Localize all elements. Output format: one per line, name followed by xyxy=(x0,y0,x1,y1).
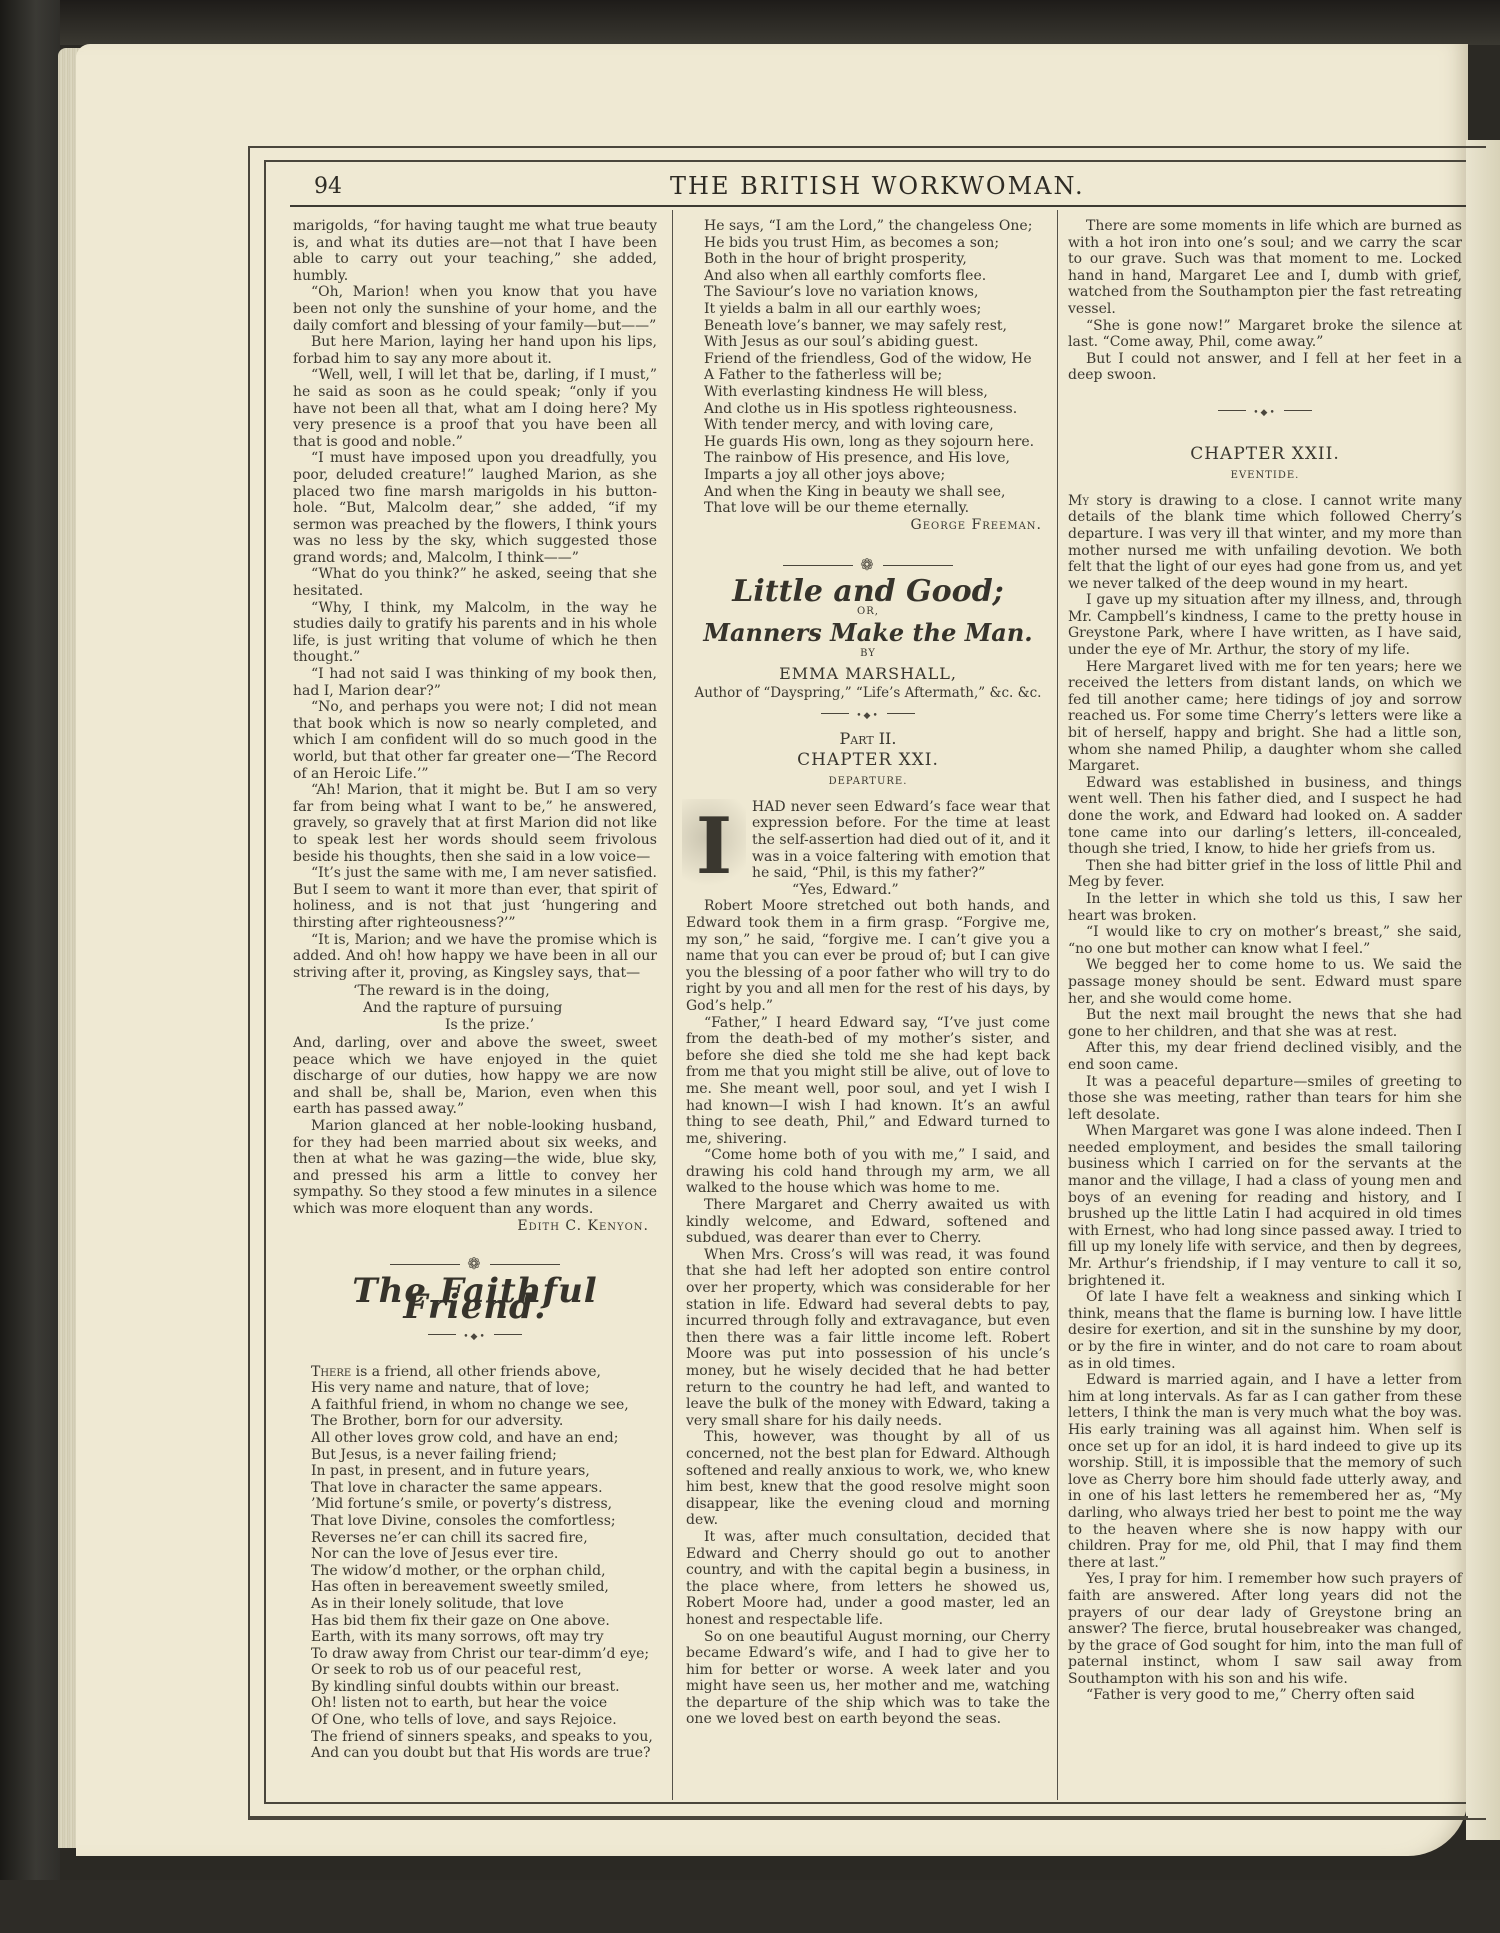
poem-line: And clothe us in His spotless righteousn… xyxy=(704,401,1050,418)
story-paragraph: In the letter in which she told us this,… xyxy=(1068,891,1462,924)
poem-line: The friend of sinners speaks, and speaks… xyxy=(311,1729,657,1746)
story-paragraph: When Margaret was gone I was alone indee… xyxy=(1068,1123,1462,1289)
story-paragraph: Yes, I pray for him. I remember how such… xyxy=(1068,1571,1462,1687)
chapter-opening: I HAD never seen Edward’s face wear that… xyxy=(686,799,1050,899)
serial-author-credits: Author of “Dayspring,” “Life’s Aftermath… xyxy=(686,685,1050,702)
poem-author-signature: George Freeman. xyxy=(686,517,1050,534)
poem-line: A faithful friend, in whom no change we … xyxy=(311,1397,657,1414)
poem-line: And also when all earthly comforts flee. xyxy=(704,268,1050,285)
story-paragraph: Of late I have felt a weakness and sinki… xyxy=(1068,1289,1462,1372)
story-paragraph: “She is gone now!” Margaret broke the si… xyxy=(1068,318,1462,351)
story-paragraph: This, however, was thought by all of us … xyxy=(686,1429,1050,1529)
serial-title: Little and Good; xyxy=(686,584,1050,601)
story-paragraph: “I must have imposed upon you dreadfully… xyxy=(293,450,657,566)
chapter-heading: CHAPTER XXI. xyxy=(686,752,1050,769)
poem-continued: He says, “I am the Lord,” the changeless… xyxy=(686,218,1050,517)
poem-first-word: There xyxy=(311,1364,351,1380)
footer-rule-outer xyxy=(248,1816,1468,1818)
serial-subtitle: Manners Make the Man. xyxy=(686,625,1050,642)
story-author-signature: Edith C. Kenyon. xyxy=(293,1218,657,1235)
column-3: There are some moments in life which are… xyxy=(1068,218,1462,1704)
poem-line: All other loves grow cold, and have an e… xyxy=(311,1430,657,1447)
story-paragraph: “Ah! Marion, that it might be. But I am … xyxy=(293,782,657,865)
poem-line: By kindling sinful doubts within our bre… xyxy=(311,1679,657,1696)
poem-faithful-friend: There is a friend, all other friends abo… xyxy=(293,1364,657,1762)
story-paragraph: “No, and perhaps you were not; I did not… xyxy=(293,699,657,782)
chapter-title: EVENTIDE. xyxy=(1068,468,1462,485)
story-paragraph: It was, after much consultation, decided… xyxy=(686,1529,1050,1629)
story-paragraph: Edward is married again, and I have a le… xyxy=(1068,1372,1462,1571)
story-paragraph: But here Marion, laying her hand upon hi… xyxy=(293,334,657,367)
poem-line: To draw away from Christ our tear-dimm’d… xyxy=(311,1646,657,1663)
column-2: He says, “I am the Lord,” the changeless… xyxy=(686,218,1050,1728)
quote-line: Is the prize.’ xyxy=(353,1017,657,1034)
poem-line: His very name and nature, that of love; xyxy=(311,1380,657,1397)
column-divider-2 xyxy=(1057,210,1058,1800)
first-word: My xyxy=(1068,493,1089,509)
story-paragraph: But I could not answer, and I fell at he… xyxy=(1068,351,1462,384)
ornament-dot-icon: •◆• xyxy=(1253,408,1277,418)
story-paragraph: “I had not said I was thinking of my boo… xyxy=(293,666,657,699)
poem-line: He says, “I am the Lord,” the changeless… xyxy=(704,218,1050,235)
poem-line: With everlasting kindness He will bless, xyxy=(704,384,1050,401)
poem-line: A Father to the fatherless will be; xyxy=(704,367,1050,384)
story-paragraph: There are some moments in life which are… xyxy=(1068,218,1462,318)
serial-by: BY xyxy=(686,646,1050,663)
poem-title: The Faithful Friend. xyxy=(293,1283,657,1316)
header-rule xyxy=(290,205,1466,207)
small-ornament: •◆• xyxy=(686,705,1050,725)
story-paragraph: “Well, well, I will let that be, darling… xyxy=(293,367,657,450)
poem-line: Imparts a joy all other joys above; xyxy=(704,467,1050,484)
story-paragraph: marigolds, “for having taught me what tr… xyxy=(293,218,657,284)
poem-line: And when the King in beauty we shall see… xyxy=(704,484,1050,501)
poem-line: And can you doubt but that His words are… xyxy=(311,1745,657,1762)
kingsley-quote: ‘The reward is in the doing, And the rap… xyxy=(353,983,657,1033)
poem-line: Both in the hour of bright prosperity, xyxy=(704,251,1050,268)
story-paragraph: “Why, I think, my Malcolm, in the way he… xyxy=(293,600,657,666)
story-paragraph: “It is, Marion; and we have the promise … xyxy=(293,932,657,982)
poem-line: That love will be our theme eternally. xyxy=(704,500,1050,517)
poem-line: With tender mercy, and with loving care, xyxy=(704,417,1050,434)
story-paragraph: But the next mail brought the news that … xyxy=(1068,1007,1462,1040)
poem-line: There is a friend, all other friends abo… xyxy=(311,1364,657,1381)
story-paragraph: So on one beautiful August morning, our … xyxy=(686,1629,1050,1729)
ornament-dot-icon: •◆• xyxy=(463,1332,487,1342)
story-paragraph: It was a peaceful departure—smiles of gr… xyxy=(1068,1074,1462,1124)
serial-author: EMMA MARSHALL, xyxy=(686,666,1050,683)
story-paragraph: “It’s just the same with me, I am never … xyxy=(293,865,657,931)
story-paragraph: I gave up my situation after my illness,… xyxy=(1068,592,1462,658)
chapter-heading: CHAPTER XXII. xyxy=(1068,446,1462,463)
chapter-title: DEPARTURE. xyxy=(686,774,1050,791)
story-paragraph: We begged her to come home to us. We sai… xyxy=(1068,957,1462,1007)
poem-line: Or seek to rob us of our peaceful rest, xyxy=(311,1662,657,1679)
small-ornament: •◆• xyxy=(1068,402,1462,422)
poem-line: As in their lonely solitude, that love xyxy=(311,1596,657,1613)
poem-line: Has bid them fix their gaze on One above… xyxy=(311,1613,657,1630)
book-binding-bottom xyxy=(0,1880,1500,1933)
poem-line: Reverses ne’er can chill its sacred fire… xyxy=(311,1530,657,1547)
poem-line: The Saviour’s love no variation knows, xyxy=(704,284,1050,301)
book-binding-top xyxy=(0,0,1500,45)
quote-line: And the rapture of pursuing xyxy=(353,1000,657,1017)
column-1: marigolds, “for having taught me what tr… xyxy=(293,218,657,1762)
book-binding-spine xyxy=(0,0,60,1933)
story-paragraph: Robert Moore stretched out both hands, a… xyxy=(686,898,1050,1014)
footer-rule-inner xyxy=(264,1802,1464,1804)
poem-line: Of One, who tells of love, and says Rejo… xyxy=(311,1712,657,1729)
poem-line: That love Divine, consoles the comfortle… xyxy=(311,1513,657,1530)
part-heading: Part II. xyxy=(686,731,1050,748)
poem-line: With Jesus as our soul’s abiding guest. xyxy=(704,334,1050,351)
poem-line: In past, in present, and in future years… xyxy=(311,1463,657,1480)
story-paragraph: “Oh, Marion! when you know that you have… xyxy=(293,284,657,334)
story-paragraph: My story is drawing to a close. I cannot… xyxy=(1068,493,1462,593)
page-number: 94 xyxy=(314,174,342,199)
poem-line: Friend of the friendless, God of the wid… xyxy=(704,351,1050,368)
poem-line: Beneath love’s banner, we may safely res… xyxy=(704,318,1050,335)
story-paragraph: When Mrs. Cross’s will was read, it was … xyxy=(686,1247,1050,1430)
story-paragraph: Then she had bitter grief in the loss of… xyxy=(1068,858,1462,891)
poem-line: He guards His own, long as they sojourn … xyxy=(704,434,1050,451)
poem-line: The rainbow of His presence, and His lov… xyxy=(704,450,1050,467)
poem-line: It yields a balm in all our earthly woes… xyxy=(704,301,1050,318)
decorated-initial-icon: I xyxy=(682,799,746,895)
story-paragraph: “Father,” I heard Edward say, “I’ve just… xyxy=(686,1015,1050,1148)
poem-line: ’Mid fortune’s smile, or poverty’s distr… xyxy=(311,1496,657,1513)
story-paragraph: Edward was established in business, and … xyxy=(1068,775,1462,858)
story-paragraph: Marion glanced at her noble-looking husb… xyxy=(293,1118,657,1218)
poem-line: But Jesus, is a never failing friend; xyxy=(311,1447,657,1464)
poem-line: The widow’d mother, or the orphan child, xyxy=(311,1563,657,1580)
quote-line: ‘The reward is in the doing, xyxy=(353,983,657,1000)
story-paragraph: “Come home both of you with me,” I said,… xyxy=(686,1147,1050,1197)
poem-line: He bids you trust Him, as becomes a son; xyxy=(704,235,1050,252)
story-paragraph: There Margaret and Cherry awaited us wit… xyxy=(686,1197,1050,1247)
poem-line: That love in character the same appears. xyxy=(311,1480,657,1497)
section-ornament: ❁ xyxy=(686,557,1050,574)
story-paragraph: “Father is very good to me,” Cherry ofte… xyxy=(1068,1687,1462,1704)
publication-title: THE BRITISH WORKWOMAN. xyxy=(670,172,1085,200)
story-paragraph: Here Margaret lived with me for ten year… xyxy=(1068,659,1462,775)
title-ornament: •◆• xyxy=(293,1326,657,1346)
story-paragraph: After this, my dear friend declined visi… xyxy=(1068,1040,1462,1073)
page-header: 94 THE BRITISH WORKWOMAN. xyxy=(290,168,1470,202)
column-divider-1 xyxy=(672,210,673,1800)
poem-line: The Brother, born for our adversity. xyxy=(311,1413,657,1430)
poem-line: Oh! listen not to earth, but hear the vo… xyxy=(311,1695,657,1712)
story-paragraph: “I would like to cry on mother’s breast,… xyxy=(1068,924,1462,957)
poem-line: Nor can the love of Jesus ever tire. xyxy=(311,1546,657,1563)
poem-line: Earth, with its many sorrows, oft may tr… xyxy=(311,1629,657,1646)
ornament-flourish-icon: ❁ xyxy=(860,555,875,574)
story-paragraph: “What do you think?” he asked, seeing th… xyxy=(293,566,657,599)
ornament-dot-icon: •◆• xyxy=(856,711,880,721)
poem-line: Has often in bereavement sweetly smiled, xyxy=(311,1579,657,1596)
story-paragraph: And, darling, over and above the sweet, … xyxy=(293,1035,657,1118)
